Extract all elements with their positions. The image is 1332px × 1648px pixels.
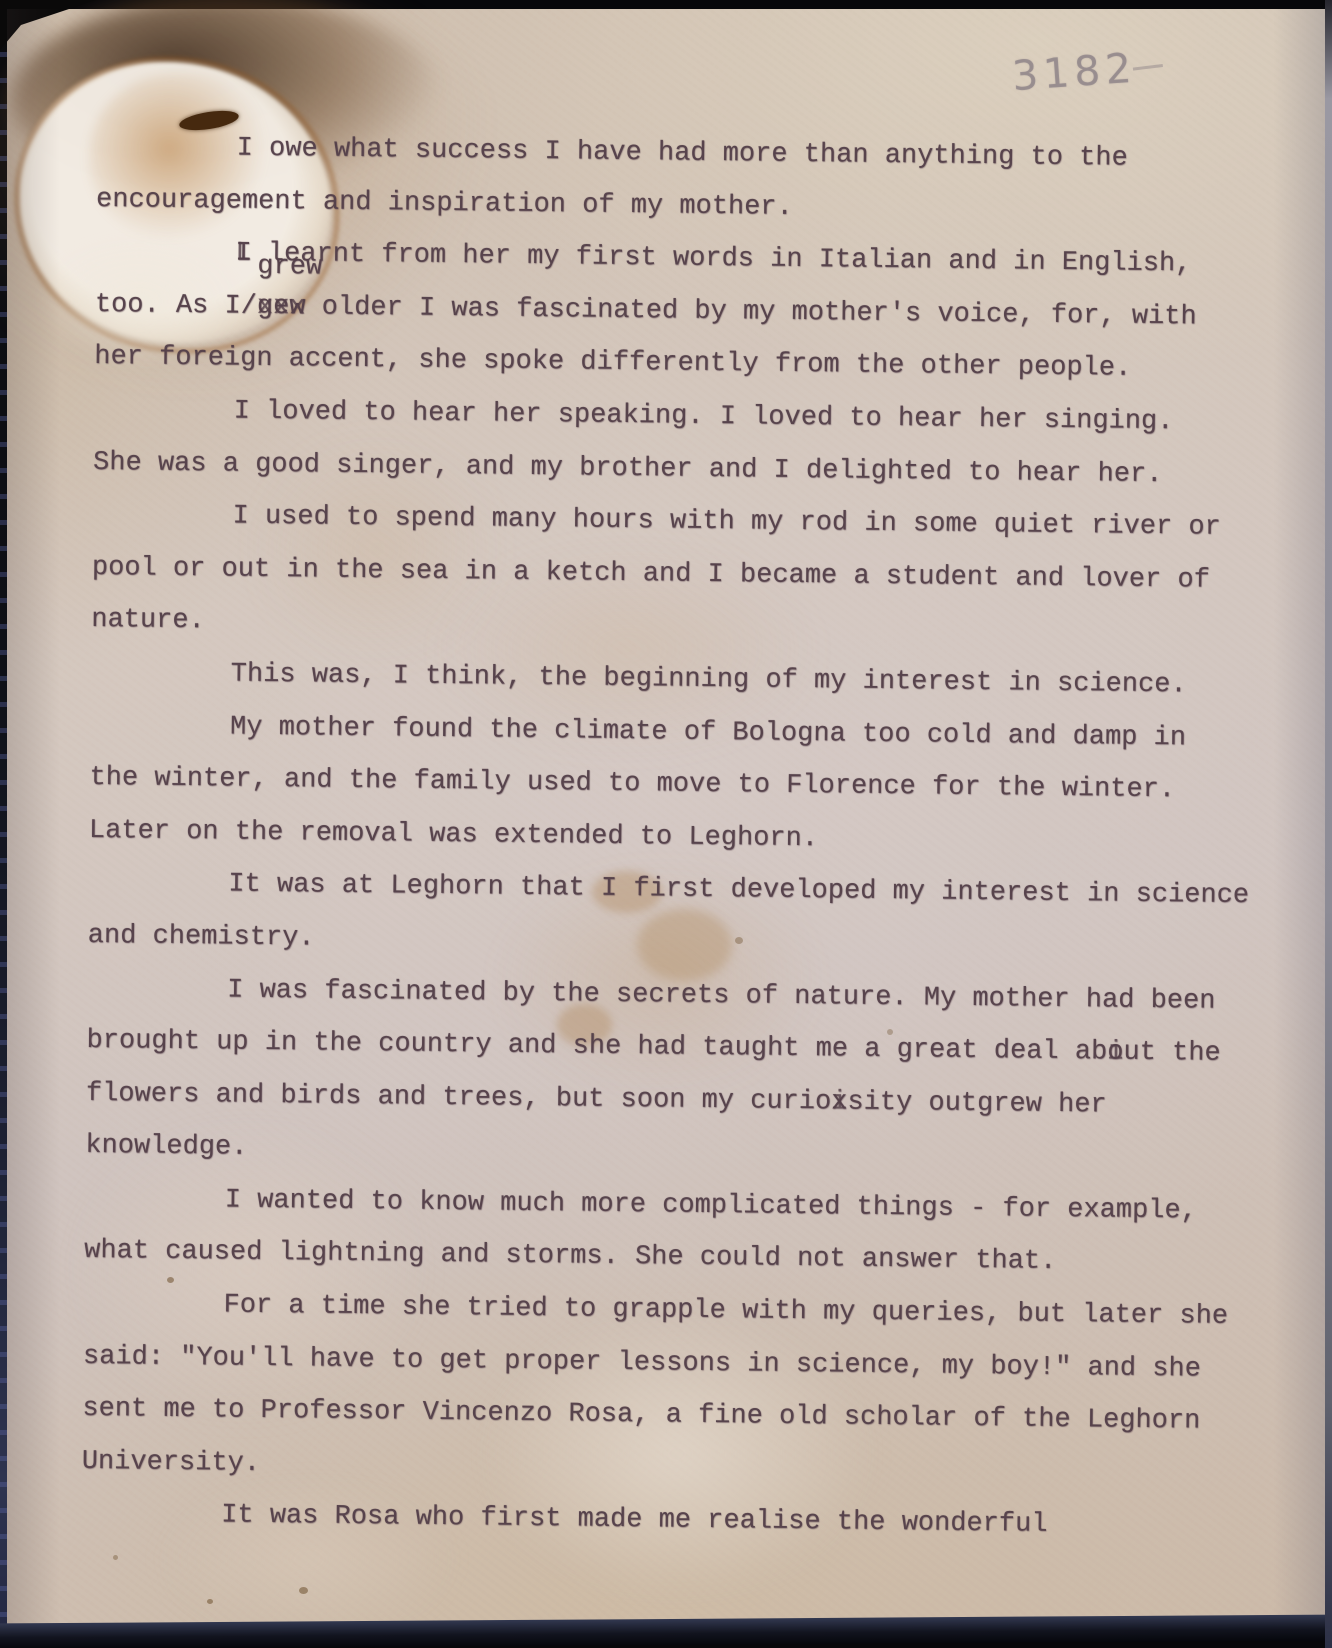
pencil-dash <box>1133 64 1163 71</box>
ink-speck <box>113 1555 118 1560</box>
typed-text-block: I owe what success I have had more than … <box>81 121 1267 1554</box>
overstruck-character: xi <box>831 1076 848 1129</box>
pencil-number-text: 3182 <box>1011 44 1138 101</box>
scanned-typewritten-page: { "doc": { "annotation_number": "3182", … <box>0 0 1332 1648</box>
inserted-word: grew <box>257 254 322 282</box>
pencil-page-number: 3182 <box>1011 42 1165 100</box>
ink-speck <box>207 1599 213 1604</box>
overstruck-character: oi <box>1107 1027 1124 1080</box>
overstruck-character: IL <box>235 228 252 281</box>
ink-speck <box>299 1587 308 1594</box>
struck-out-word: gewxxx <box>257 281 306 334</box>
document-page: 3182 I owe what success I have had more … <box>7 9 1326 1638</box>
scan-edge-right <box>1325 0 1332 1648</box>
scan-edge-bottom <box>0 1615 1332 1648</box>
